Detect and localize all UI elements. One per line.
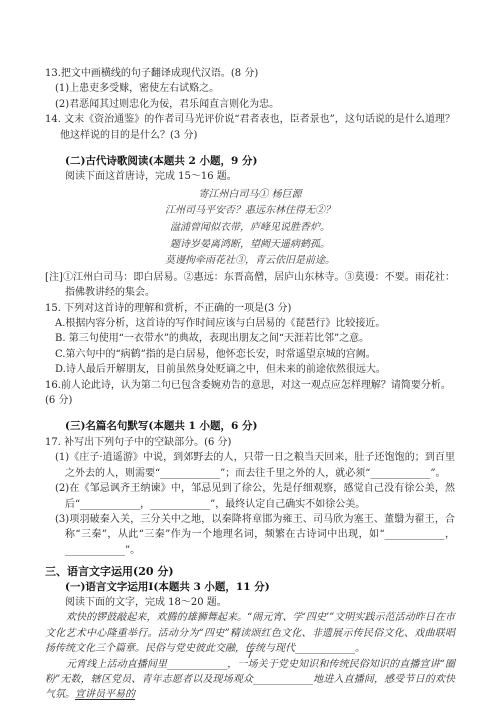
question-17-item-2: (2)在《邹忌讽齐王纳谏》中，邹忌见到了徐公，先是仔细观察，感觉自己没有徐公美，…	[45, 481, 455, 512]
poem-line-1: 江州司马平安否？惠远东林住得无②？	[45, 203, 455, 220]
question-17-item-1: (1)《庄子·逍遥游》中说，到郊野去的人，只带一日之粮当天回来，肚子还饱饱的；到…	[45, 450, 455, 481]
question-15-option-c: C.第六句中的“病鹤”指的是白居易，他怀恋长安，时常遥望京城的宫阙。	[45, 347, 455, 362]
exam-document-page: 13.把文中画横线的句子翻译成现代汉语。(8 分) (1)上患吏多受赇，密使左右…	[0, 0, 499, 706]
question-13-item-1: (1)上患吏多受赇，密使左右试赂之。	[45, 81, 455, 96]
poem-line-3: 题诗岁晏离鸿断，望阙天遥病鹤孤。	[45, 237, 455, 254]
question-17-item-3: (3)项羽破秦入关，三分关中之地，以秦降将章邯为雍王、司马欣为塞王、董翳为翟王，…	[45, 512, 455, 558]
part-three-instruction: 阅读下面的文字，完成 18～20 题。	[45, 595, 455, 610]
question-14: 14. 文末《资治通鉴》的作者司马光评价说“君者表也，臣者景也”，这句话说的是什…	[45, 112, 455, 143]
poem-annotation: [注]①江州白司马：即白居易。②惠远：东晋高僧，居庐山东林寺。③莫谩：不要。雨花…	[45, 270, 455, 301]
part-three-title: 三、语言文字运用(20 分)	[45, 564, 455, 579]
question-16: 16.前人论此诗，认为第二句已包含委婉劝告的意思，对这一观点应怎样理解？请简要分…	[45, 378, 455, 409]
poem-line-2: 湓浦曾闻似衣带，庐峰见说胜香炉。	[45, 220, 455, 237]
question-13-stem: 13.把文中画横线的句子翻译成现代汉语。(8 分)	[45, 66, 455, 81]
passage-paragraph-2: 元宵线上活动直播间里____________，一场关于党史知识和传统民俗知识的直…	[45, 657, 455, 703]
poem-line-4: 莫谩拘牵雨花社③，青云依旧是前途。	[45, 253, 455, 270]
section-2-instruction: 阅读下面这首唐诗，完成 15～16 题。	[45, 169, 455, 184]
question-17-stem: 17. 补写出下列句子中的空缺部分。(6 分)	[45, 435, 455, 450]
page-number: 7	[0, 648, 499, 663]
section-2-title: (二)古代诗歌阅读(本题共 2 小题，9 分)	[45, 154, 455, 169]
question-15-stem: 15. 下列对这首诗的理解和赏析，不正确的一项是(3 分)	[45, 301, 455, 316]
poem-title: 寄江州白司马① 杨巨源	[45, 187, 455, 204]
part-three-sub-title: (一)语言文字运用Ⅰ(本题共 3 小题，11 分)	[45, 580, 455, 595]
section-3-title: (三)名篇名句默写(本题共 1 小题，6 分)	[45, 419, 455, 434]
passage-underlined-phrase: 宣讲员平易的	[75, 689, 135, 700]
question-15-option-b: B. 第三句使用“一衣带水”的典故，表现出朋友之间“天涯若比邻”之意。	[45, 331, 455, 346]
question-15-option-a: A.根据内容分析，这首诗的写作时间应该与白居易的《琵琶行》比较接近。	[45, 316, 455, 331]
question-13-item-2: (2)君恶闻其过则忠化为佞，君乐闻直言则化为忠。	[45, 97, 455, 112]
question-15-option-d: D.诗人最后开解朋友，目前虽然身处贬谪之中，但未来的前途依然很远大。	[45, 362, 455, 377]
